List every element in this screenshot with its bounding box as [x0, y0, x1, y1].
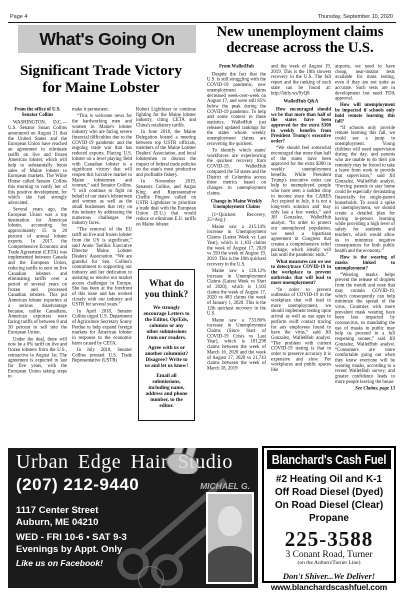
article-paragraph: Change in Maine Weekly Unemployment Clai…: [207, 199, 266, 210]
article-paragraph: See Claims, page 13: [335, 386, 395, 391]
article-paragraph: Maine saw a 733.86% increase in Unemploy…: [207, 318, 266, 372]
article-paragraph: In November 2019, Senators Collins, and …: [136, 179, 196, 227]
blanchards-products: #2 Heating Oil and K-1Off Road Diesel (D…: [267, 473, 391, 525]
article-paragraph: What measures can we use to detect/trace…: [271, 259, 331, 286]
think-box-paragraph: Email all submissions, including name, a…: [143, 373, 190, 409]
article-paragraph: How will unemployment be impacted if sch…: [335, 103, 395, 124]
salon-address-line2: Auburn, ME 04210: [16, 517, 98, 528]
unemployment-column-3-text: airports, we need to have cheap, near-in…: [335, 64, 395, 391]
stylist-name: MICHAEL G.: [200, 481, 250, 491]
article-paragraph: “Wearing masks helps prevent the release…: [335, 272, 395, 384]
unemployment-article-body: From WalletHubDespite the fact that the …: [207, 64, 396, 437]
article-paragraph: Maine saw a 215.14% increase in Unemploy…: [207, 224, 266, 267]
article-paragraph: From the office of U.S. Senator Collins: [8, 107, 67, 118]
article-paragraph: Several years ago, the European Union wa…: [8, 207, 67, 335]
newspaper-page: Page 4 Thursday, September 10, 2020 What…: [0, 0, 400, 600]
lobster-headline: Significant Trade Victory for Maine Lobs…: [0, 63, 202, 97]
article-paragraph: Robert Lighthizer to continue fighting f…: [136, 107, 196, 128]
page-number: Page 4: [10, 14, 27, 20]
article-paragraph: How is the wearing of masks linked to un…: [335, 255, 395, 271]
page-date: Thursday, September 10, 2020: [318, 14, 393, 20]
blanchards-slogan: Don't Shiver...We Deliver!: [267, 571, 391, 581]
blanchards-ad: Blanchard's Cash Fuel #2 Heating Oil and…: [262, 446, 396, 583]
blanchards-phone: 225-3588: [267, 528, 391, 550]
unemployment-headline-line2: decrease across the U.S.: [226, 40, 373, 56]
blanchards-name: Blanchard's Cash Fuel: [272, 453, 386, 467]
blanchards-address-note: (on the Auburn/Turner Line): [267, 560, 391, 567]
article-paragraph: Maine saw a 128.12% increase in Unemploy…: [207, 268, 266, 316]
article-paragraph: “We should feel somewhat encouraged that…: [271, 146, 331, 258]
article-paragraph: “In order to prevent outbreaks of COVID-…: [271, 287, 331, 373]
lobster-column-3-text: Robert Lighthizer to continue fighting f…: [136, 107, 196, 227]
unemployment-headline-line1: New unemployment claims: [217, 24, 384, 40]
product-line: Propane: [267, 512, 391, 525]
unemployment-column-2-text: and the week of August 19, 2019. This is…: [271, 64, 331, 373]
product-line: On Road Diesel (Clear): [267, 499, 391, 512]
article-paragraph: How encouraged should we be that more th…: [271, 107, 331, 144]
lobster-column-3: Robert Lighthizer to continue fighting f…: [136, 107, 196, 265]
think-box-title: What do you think?: [139, 279, 194, 300]
letters-to-editor-box: What do you think? We strongly encourage…: [138, 269, 195, 421]
lobster-column-1: From the office of U.S. Senator CollinsW…: [8, 107, 67, 420]
article-paragraph: Under the deal, there will now be a 0% t…: [8, 337, 67, 380]
blanchards-logo-bar: Blanchard's Cash Fuel: [267, 450, 391, 469]
lobster-headline-line1: Significant Trade Victory: [20, 63, 182, 79]
unemployment-column-1: From WalletHubDespite the fact that the …: [207, 64, 266, 437]
unemployment-column-1-text: From WalletHubDespite the fact that the …: [207, 64, 266, 371]
article-paragraph: To identify which states' workforces are…: [207, 148, 266, 196]
product-line: Off Road Diesel (Dyed): [267, 486, 391, 499]
think-box-body: We strongly encourage Letters to the Edi…: [139, 305, 194, 409]
think-box-title-line2: you think?: [145, 290, 189, 300]
article-paragraph: Despite the fact that the U.S. is still …: [207, 72, 266, 147]
article-paragraph: and the week of August 19, 2019. This is…: [271, 64, 331, 96]
think-box-title-line1: What do: [149, 279, 184, 289]
lobster-column-2-text: make it permanent.“This is welcome news …: [72, 107, 132, 364]
article-paragraph: From WalletHub: [207, 64, 266, 69]
whats-going-on-banner: What's Going On: [18, 25, 196, 53]
stylist-photo: [206, 492, 254, 584]
urban-edge-ad: Urban Edge Hair Studio (207) 212-9440 11…: [8, 448, 258, 588]
product-line: #2 Heating Oil and K-1: [267, 473, 391, 486]
photo-shoulders: [206, 546, 254, 584]
article-paragraph: “If schools only provide remote learning…: [335, 125, 395, 253]
facebook-note: Like us on Facebook!: [16, 558, 103, 568]
article-paragraph: make it permanent.: [72, 107, 132, 112]
article-paragraph: In July 2018, Senator Collins pressed U.…: [72, 347, 132, 363]
salon-address-line1: 1117 Center Street: [16, 505, 98, 516]
article-paragraph: airports, we need to have cheap, near-in…: [335, 64, 395, 101]
article-paragraph: In June 2018, the Maine Delegation hoste…: [136, 130, 196, 178]
blanchards-address: 3 Conant Road, Turner: [267, 550, 391, 560]
think-box-paragraph: Agree with us or another columnist? Disa…: [143, 345, 190, 369]
unemployment-column-3: airports, we need to have cheap, near-in…: [335, 64, 395, 437]
unemployment-column-2: and the week of August 19, 2019. This is…: [271, 64, 331, 437]
header-rule: [8, 22, 396, 23]
article-paragraph: WASHINGTON, D.C.—U.S. Senator Susan Coll…: [8, 120, 67, 206]
article-paragraph: In April 2018, Senator Collins urged U.S…: [72, 309, 132, 346]
lobster-headline-line2: for Maine Lobster: [42, 80, 159, 96]
unemployment-headline: New unemployment claims decrease across …: [202, 24, 398, 56]
photo-face: [218, 506, 242, 536]
whats-going-on-title: What's Going On: [39, 29, 174, 50]
lobster-column-1-text: From the office of U.S. Senator CollinsW…: [8, 107, 67, 380]
article-paragraph: (1=Quickest Recovery, 25=Avg.):: [207, 212, 266, 223]
article-paragraph: “This is welcome news for the hardworkin…: [72, 114, 132, 226]
salon-address: 1117 Center Street Auburn, ME 04210: [16, 505, 98, 528]
article-paragraph: WalletHub Q&A: [271, 99, 331, 104]
blanchards-website: www.blanchardscashfuel.com: [267, 582, 391, 592]
lobster-column-2: make it permanent.“This is welcome news …: [72, 107, 132, 420]
think-box-paragraph: We strongly encourage Letters to the Edi…: [143, 305, 190, 341]
article-paragraph: “The removal of the EU tariff on live an…: [72, 227, 132, 307]
